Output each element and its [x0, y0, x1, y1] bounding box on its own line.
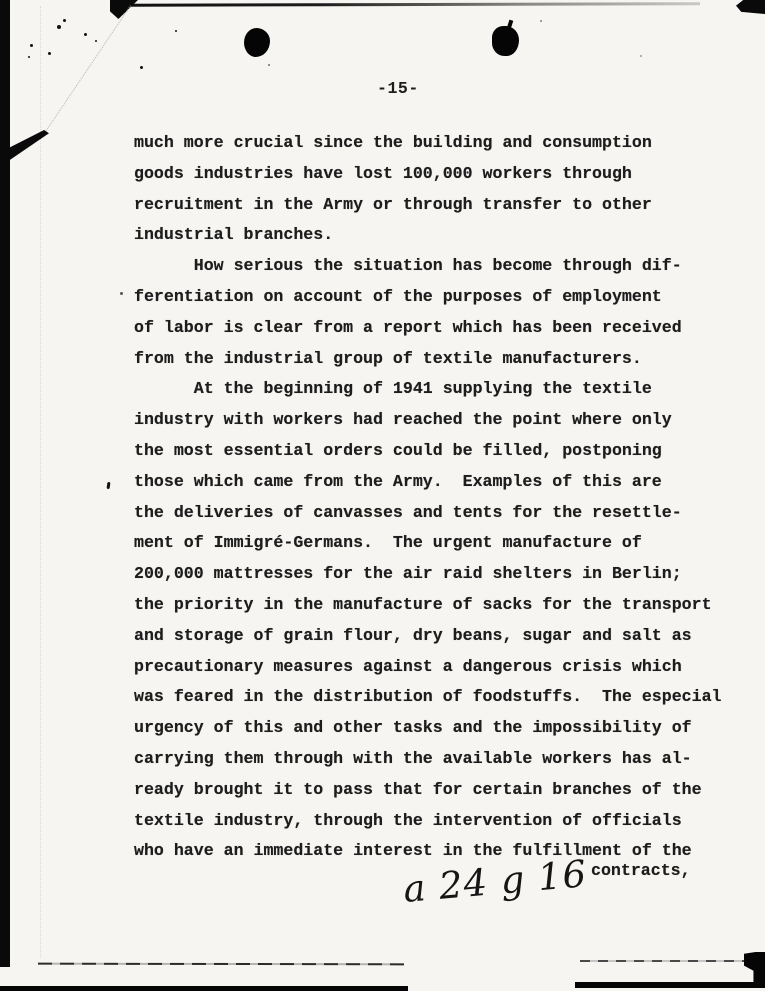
- page-number: -15-: [377, 79, 419, 98]
- bottom-scan-edge-band-right: [575, 982, 765, 988]
- ink-speck: [540, 20, 542, 22]
- typewritten-line: textile industry, through the interventi…: [134, 806, 754, 837]
- typewritten-line: industry with workers had reached the po…: [134, 405, 754, 436]
- ink-speck: [268, 64, 270, 66]
- typewritten-line: 200,000 mattresses for the air raid shel…: [134, 559, 754, 590]
- typewritten-line: the deliveries of canvasses and tents fo…: [134, 498, 754, 529]
- top-scan-edge-line: [116, 2, 700, 7]
- paper-edge-line: [40, 6, 41, 958]
- typewritten-line: How serious the situation has become thr…: [134, 251, 754, 282]
- bottom-right-corner-mark: [744, 952, 765, 986]
- bottom-scratch-line-right: [580, 960, 746, 962]
- ink-speck: [95, 40, 97, 42]
- typewritten-line: precautionary measures against a dangero…: [134, 652, 754, 683]
- typewritten-line: much more crucial since the building and…: [134, 128, 754, 159]
- typewritten-line: those which came from the Army. Examples…: [134, 467, 754, 498]
- ink-speck: [28, 56, 30, 58]
- typewritten-body: much more crucial since the building and…: [134, 128, 754, 867]
- carryover-word: contracts,: [591, 861, 691, 880]
- typewritten-line: goods industries have lost 100,000 worke…: [134, 159, 754, 190]
- ink-speck: [57, 25, 61, 29]
- typewritten-line: carrying them through with the available…: [134, 744, 754, 775]
- ink-speck: [175, 30, 177, 32]
- typewritten-line: ready brought it to pass that for certai…: [134, 775, 754, 806]
- typewritten-line: the most essential orders could be fille…: [134, 436, 754, 467]
- typewritten-line: industrial branches.: [134, 220, 754, 251]
- typewritten-line: of labor is clear from a report which ha…: [134, 313, 754, 344]
- scanned-document-page: -15- much more crucial since the buildin…: [0, 0, 765, 991]
- left-scan-edge-band: [0, 0, 10, 967]
- typewritten-line: was feared in the distribution of foodst…: [134, 682, 754, 713]
- ink-speck: [140, 66, 143, 69]
- ink-speck: [30, 44, 33, 47]
- typewritten-line: At the beginning of 1941 supplying the t…: [134, 374, 754, 405]
- ink-speck: [48, 52, 51, 55]
- ink-speck: [107, 482, 111, 489]
- ink-speck: [84, 33, 87, 36]
- typewritten-line: urgency of this and other tasks and the …: [134, 713, 754, 744]
- typewritten-line: the priority in the manufacture of sacks…: [134, 590, 754, 621]
- typewritten-line: from the industrial group of textile man…: [134, 344, 754, 375]
- typewritten-line: recruitment in the Army or through trans…: [134, 190, 754, 221]
- ink-speck: [63, 19, 66, 22]
- ink-speck: [120, 292, 123, 295]
- ink-speck: [640, 55, 642, 57]
- typewritten-line: ment of Immigré-Germans. The urgent manu…: [134, 528, 754, 559]
- top-right-corner-mark: [736, 0, 765, 14]
- bottom-scan-edge-band-left: [0, 986, 408, 991]
- typewritten-line: and storage of grain flour, dry beans, s…: [134, 621, 754, 652]
- punch-hole-mark-right: [492, 26, 519, 56]
- typewritten-line: ferentiation on account of the purposes …: [134, 282, 754, 313]
- bottom-scratch-line-left: [38, 963, 404, 966]
- punch-hole-mark-left: [244, 28, 270, 57]
